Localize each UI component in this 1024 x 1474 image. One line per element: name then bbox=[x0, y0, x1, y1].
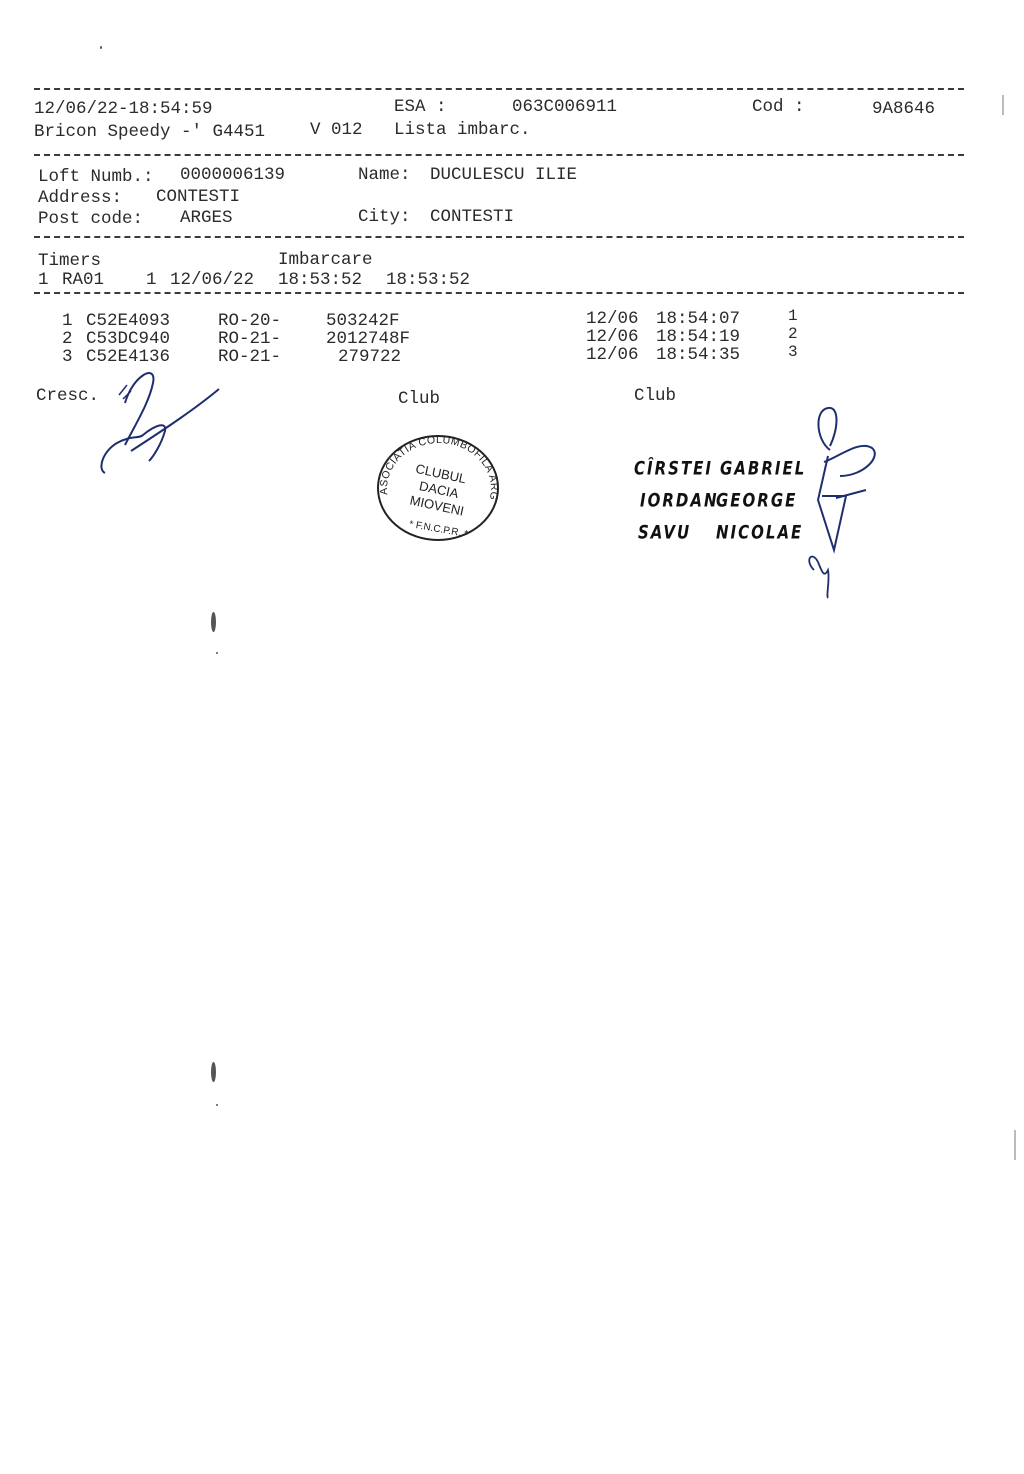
separator-rule bbox=[34, 236, 964, 238]
scan-speck bbox=[216, 652, 218, 654]
postcode-label: Post code: bbox=[38, 209, 143, 230]
fancier-signature bbox=[95, 365, 230, 485]
scan-speck bbox=[216, 1104, 218, 1106]
postcode-value: ARGES bbox=[180, 208, 233, 229]
fancier-name: DUCULESCU ILIE bbox=[430, 165, 577, 186]
position: 3 bbox=[788, 342, 798, 363]
print-datetime: 12/06/22-18:54:59 bbox=[34, 99, 213, 120]
timer-code: RA01 bbox=[62, 270, 104, 291]
row-number: 3 bbox=[62, 347, 73, 368]
loft-number: 0000006139 bbox=[180, 165, 285, 186]
timer-time-end: 18:53:52 bbox=[386, 270, 470, 291]
esa-value: 063C006911 bbox=[512, 97, 617, 118]
separator-rule bbox=[34, 154, 964, 156]
cod-label: Cod : bbox=[752, 97, 805, 118]
committee-last-name: CÎRSTEI bbox=[634, 457, 713, 480]
scan-speck bbox=[211, 1062, 216, 1082]
committee-last-name: SAVU bbox=[638, 521, 691, 544]
imbarcare-label: Imbarcare bbox=[278, 250, 373, 271]
scan-edge bbox=[1002, 95, 1004, 115]
committee-first-name: GEORGE bbox=[716, 489, 797, 512]
timers-label: Timers bbox=[38, 251, 101, 272]
list-title: Lista imbarc. bbox=[394, 120, 531, 141]
separator-rule bbox=[34, 88, 964, 90]
cresc-label: Cresc. bbox=[36, 386, 99, 407]
club-stamp: ASOCIATIA COLUMBOFILA ARGES CLUBUL DACIA… bbox=[374, 432, 504, 544]
esa-label: ESA : bbox=[394, 97, 447, 118]
scan-edge bbox=[1014, 1130, 1016, 1160]
scan-speck bbox=[211, 612, 216, 632]
committee-first-name: GABRIEL bbox=[720, 457, 806, 480]
address-value: CONTESTI bbox=[156, 187, 240, 208]
basket-date: 12/06 bbox=[586, 345, 639, 366]
loft-label: Loft Numb.: bbox=[38, 167, 154, 188]
address-label: Address: bbox=[38, 188, 122, 209]
basket-time: 18:54:35 bbox=[656, 345, 740, 366]
device-name: Bricon Speedy -' G4451 bbox=[34, 122, 265, 143]
committee-last-name: IORDAN bbox=[640, 489, 719, 512]
city-label: City: bbox=[358, 207, 411, 228]
timer-date: 12/06/22 bbox=[170, 270, 254, 291]
timer-count: 1 bbox=[146, 270, 157, 291]
scan-speck bbox=[100, 46, 102, 49]
name-label: Name: bbox=[358, 165, 411, 186]
timer-index: 1 bbox=[38, 270, 49, 291]
cod-value: 9A8646 bbox=[872, 99, 935, 120]
city-value: CONTESTI bbox=[430, 207, 514, 228]
club-label-1: Club bbox=[398, 389, 440, 410]
committee-first-name: NICOLAE bbox=[716, 521, 803, 544]
ring-number: 279722 bbox=[338, 347, 401, 368]
separator-rule bbox=[34, 292, 964, 294]
club-label-2: Club bbox=[634, 386, 676, 407]
committee-signature bbox=[800, 400, 890, 600]
timer-time-start: 18:53:52 bbox=[278, 270, 362, 291]
device-version: V 012 bbox=[310, 120, 363, 141]
